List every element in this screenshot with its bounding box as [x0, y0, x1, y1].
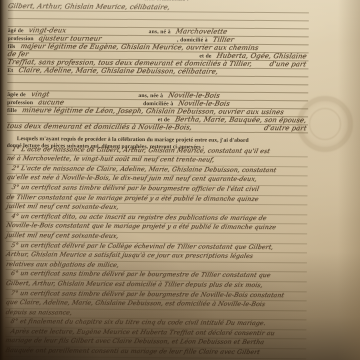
- handwritten-text: relatives aux obligations de milice,: [5, 261, 120, 270]
- rule-spacer: [194, 129, 262, 130]
- handwritten-text: juillet mil neuf cent soixante-deux,: [5, 203, 119, 212]
- register-page: à la maison communale :Gilbert, Arthur, …: [0, 0, 360, 360]
- page-content: à la maison communale :Gilbert, Arthur, …: [5, 0, 309, 359]
- handwritten-text: juillet mil neuf cent soixante-deux,: [5, 232, 119, 241]
- rule-spacer: [68, 32, 148, 33]
- rule-spacer: [172, 9, 309, 10]
- handwritten-text: Marchovelette: [175, 28, 228, 35]
- printed-text: Et: [7, 68, 13, 75]
- rule-spacer: [232, 106, 308, 107]
- document-line: Bauquée ont pareillement consenti au mar…: [5, 347, 306, 359]
- handwritten-text: depuis sa naissance,: [5, 309, 73, 318]
- document-photo: à la maison communale :Gilbert, Arthur, …: [0, 0, 360, 360]
- rule-spacer: [229, 34, 309, 35]
- rule-spacer: [192, 0, 309, 1]
- rule-spacer: [103, 41, 176, 42]
- rule-spacer: [222, 98, 309, 99]
- handwritten-text: né à Marchovelette, le vingt-huit août m…: [6, 155, 215, 165]
- handwritten-text: Bauquée ont pareillement consenti au mar…: [4, 347, 260, 358]
- handwritten-text: d'une part: [269, 61, 307, 68]
- section-form: à la maison communale :Gilbert, Arthur, …: [7, 0, 309, 133]
- rule-spacer: [7, 120, 157, 121]
- section-body: 1° L'acte de naissance de Gilbert, Arthu…: [5, 146, 308, 359]
- rule-spacer: [51, 96, 138, 97]
- handwritten-text: d'autre part: [263, 125, 307, 132]
- rule-spacer: [236, 42, 309, 43]
- printed-text: fille: [7, 108, 17, 115]
- handwritten-text: vingt: [30, 91, 50, 98]
- handwritten-text: Bertha, Marie, Bauquée, son épouse,: [174, 116, 307, 124]
- handwritten-text: Gilbert, Arthur, Ghislain Meurice, célib…: [7, 3, 170, 11]
- handwritten-text: tous deux demeurant et domiciliés à Novi…: [6, 123, 192, 131]
- rule-spacer: [30, 56, 198, 57]
- rule-spacer: [66, 104, 142, 105]
- rule-spacer: [220, 74, 309, 75]
